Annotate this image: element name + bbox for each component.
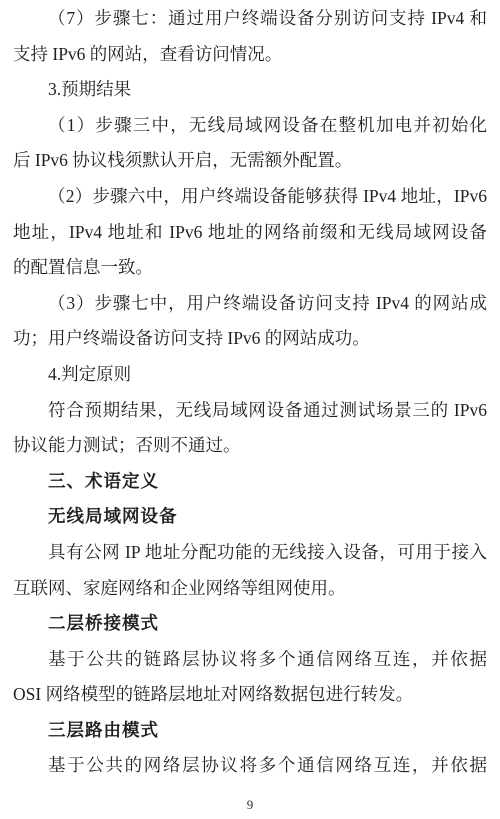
section-heading-terminology: 三、术语定义	[13, 464, 487, 500]
para-result3-line1: （3）步骤七中，用户终端设备访问支持 IPv4 的网站成	[13, 286, 487, 322]
para-judgement-line1: 符合预期结果，无线局域网设备通过测试场景三的 IPv6	[13, 393, 487, 429]
para-result2-line3: 的配置信息一致。	[13, 250, 487, 286]
term-heading-layer3-route: 三层路由模式	[13, 713, 487, 749]
para-route-def-line1: 基于公共的网络层协议将多个通信网络互连，并依据	[13, 748, 487, 784]
subheading-expected-results: 3.预期结果	[13, 72, 487, 108]
para-step7-line2: 支持 IPv6 的网站，查看访问情况。	[13, 37, 487, 73]
para-result2-line2: 地址，IPv4 地址和 IPv6 地址的网络前缀和无线局域网设备	[13, 215, 487, 251]
para-wlan-def-line2: 互联网、家庭网络和企业网络等组网使用。	[13, 571, 487, 607]
para-bridge-def-line1: 基于公共的链路层协议将多个通信网络互连，并依据	[13, 642, 487, 678]
para-wlan-def-line1: 具有公网 IP 地址分配功能的无线接入设备，可用于接入	[13, 535, 487, 571]
term-heading-layer2-bridge: 二层桥接模式	[13, 606, 487, 642]
page-number: 9	[0, 797, 500, 813]
document-page: （7）步骤七：通过用户终端设备分别访问支持 IPv4 和 支持 IPv6 的网站…	[0, 0, 500, 819]
para-result1-line2: 后 IPv6 协议栈须默认开启，无需额外配置。	[13, 143, 487, 179]
para-result1-line1: （1）步骤三中，无线局域网设备在整机加电并初始化	[13, 108, 487, 144]
para-step7-line1: （7）步骤七：通过用户终端设备分别访问支持 IPv4 和	[13, 1, 487, 37]
para-judgement-line2: 协议能力测试；否则不通过。	[13, 428, 487, 464]
para-result3-line2: 功；用户终端设备访问支持 IPv6 的网站成功。	[13, 321, 487, 357]
para-result2-line1: （2）步骤六中，用户终端设备能够获得 IPv4 地址，IPv6	[13, 179, 487, 215]
term-heading-wlan-device: 无线局域网设备	[13, 499, 487, 535]
para-bridge-def-line2: OSI 网络模型的链路层地址对网络数据包进行转发。	[13, 677, 487, 713]
subheading-judgement-principle: 4.判定原则	[13, 357, 487, 393]
